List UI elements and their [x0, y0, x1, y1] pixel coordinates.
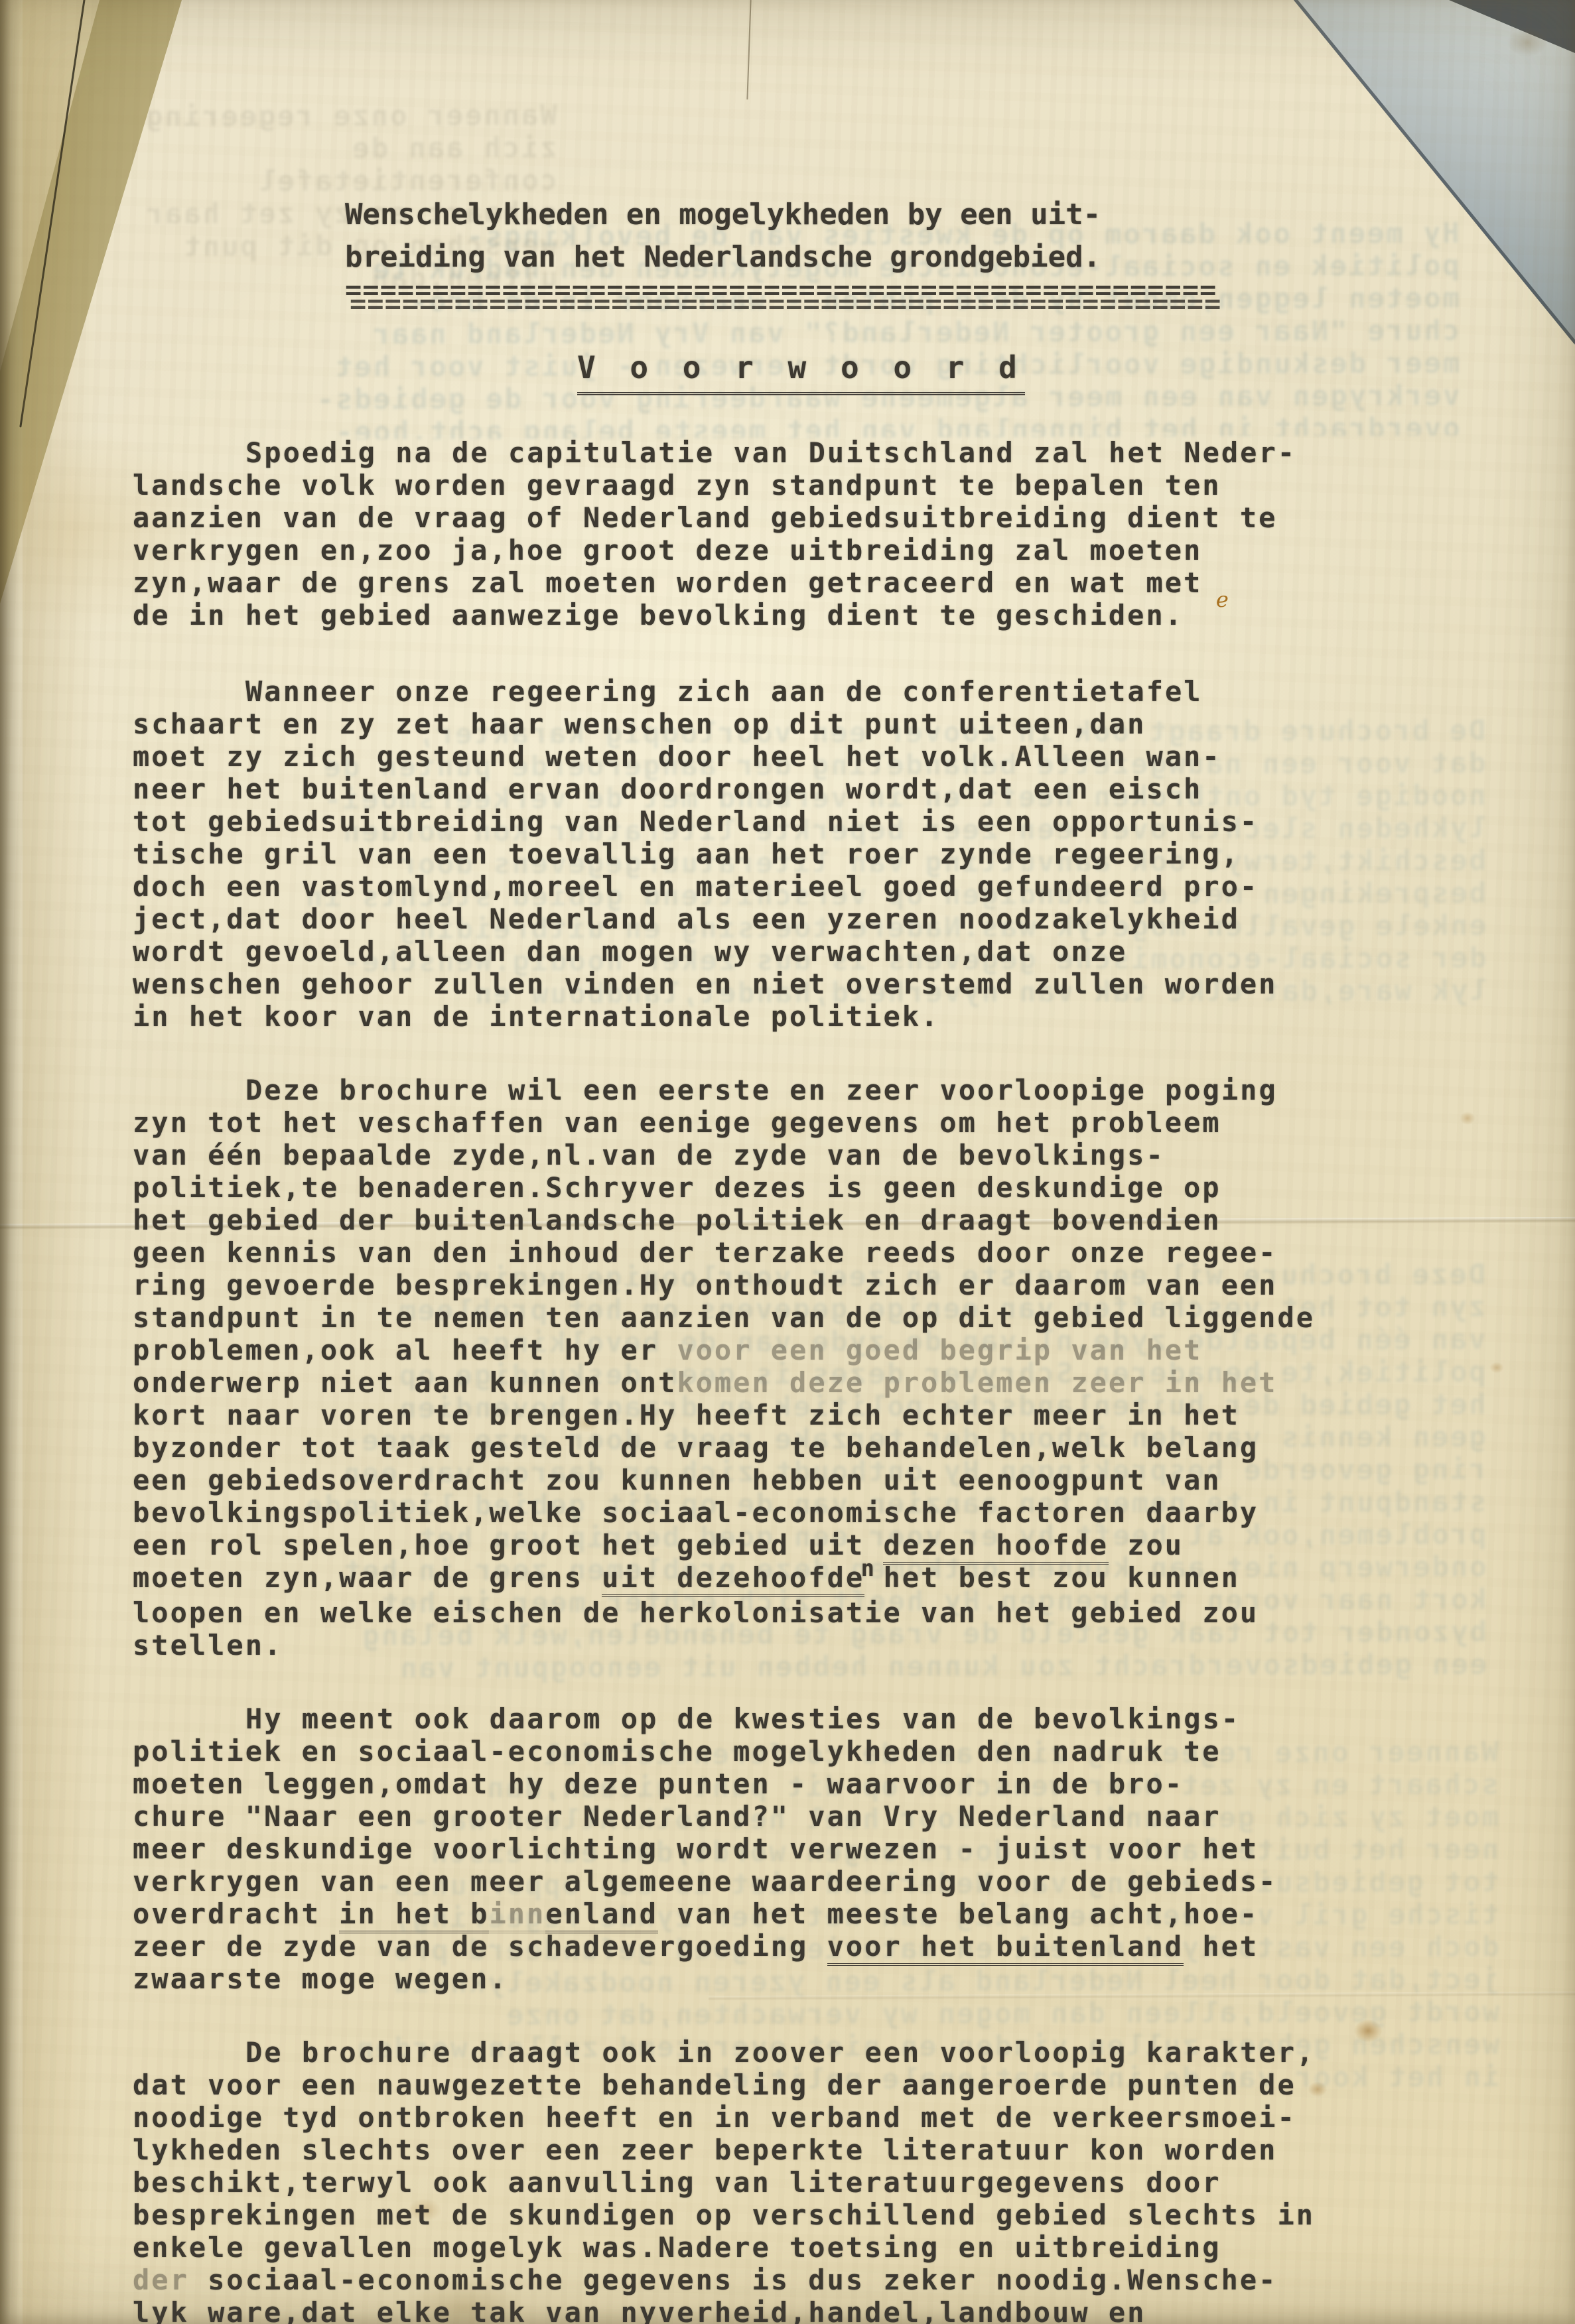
text-segment-u: enland — [545, 1898, 658, 1933]
document-title-line1: Wenschelykheden en mogelykheden by een u… — [345, 194, 1495, 236]
text-segment: De brochure draagt ook in zoover een voo… — [133, 2036, 1315, 2264]
paragraph: Hy meent ook daarom op de kwesties van d… — [133, 1703, 1495, 1995]
text-segment-faint: voor een goed begrip van het — [677, 1334, 1202, 1366]
text-segment-faint: der — [133, 2264, 189, 2296]
title-underline-row: ========================================… — [350, 296, 1495, 311]
text-segment-u: voor het buitenland — [827, 1930, 1184, 1966]
title-underline-rule: ========================================… — [345, 283, 1495, 311]
text-segment-u: in het b — [339, 1898, 489, 1933]
text-segment-u: uit deze — [602, 1561, 752, 1597]
paragraph: Spoedig na de capitulatie van Duitschlan… — [133, 436, 1495, 634]
text-segment: Deze brochure wil een eerste en zeer voo… — [133, 1074, 1315, 1366]
paragraph: De brochure draagt ook in zoover een voo… — [133, 2036, 1495, 2324]
paragraph: Wanneer onze regeering zich aan de confe… — [133, 675, 1495, 1033]
paragraph: Deze brochure wil een eerste en zeer voo… — [133, 1074, 1495, 1661]
text-segment: sociaal-economische gegevens is dus zeke… — [133, 2264, 1277, 2324]
document-content: Wenschelykheden en mogelykheden by een u… — [0, 0, 1575, 2324]
text-segment-u: hoofde — [752, 1561, 864, 1597]
document-title-line2: breiding van het Nederlandsche grondgebi… — [345, 236, 1495, 279]
text-segment-faint: komen deze problemen zeer in het — [677, 1366, 1277, 1399]
document-title: Wenschelykheden en mogelykheden by een u… — [345, 194, 1495, 279]
scanned-document-page: Wanneer onze regeering zich aan de confe… — [0, 0, 1575, 2324]
section-heading-voorwoord: V o o r w o o r d — [577, 350, 1025, 395]
text-segment: Hy meent ook daarom op de kwesties van d… — [133, 1703, 1277, 1930]
text-segment: Wanneer onze regeering zich aan de confe… — [133, 675, 1277, 1033]
text-segment-u: dezen hoofde — [883, 1529, 1108, 1565]
text-segment: onderwerp niet aan kunnen ont — [133, 1366, 677, 1399]
text-segment-u-faint: inn — [489, 1898, 545, 1933]
text-segment: den. — [1109, 599, 1184, 631]
paragraphs-container: Spoedig na de capitulatie van Duitschlan… — [133, 436, 1495, 2324]
